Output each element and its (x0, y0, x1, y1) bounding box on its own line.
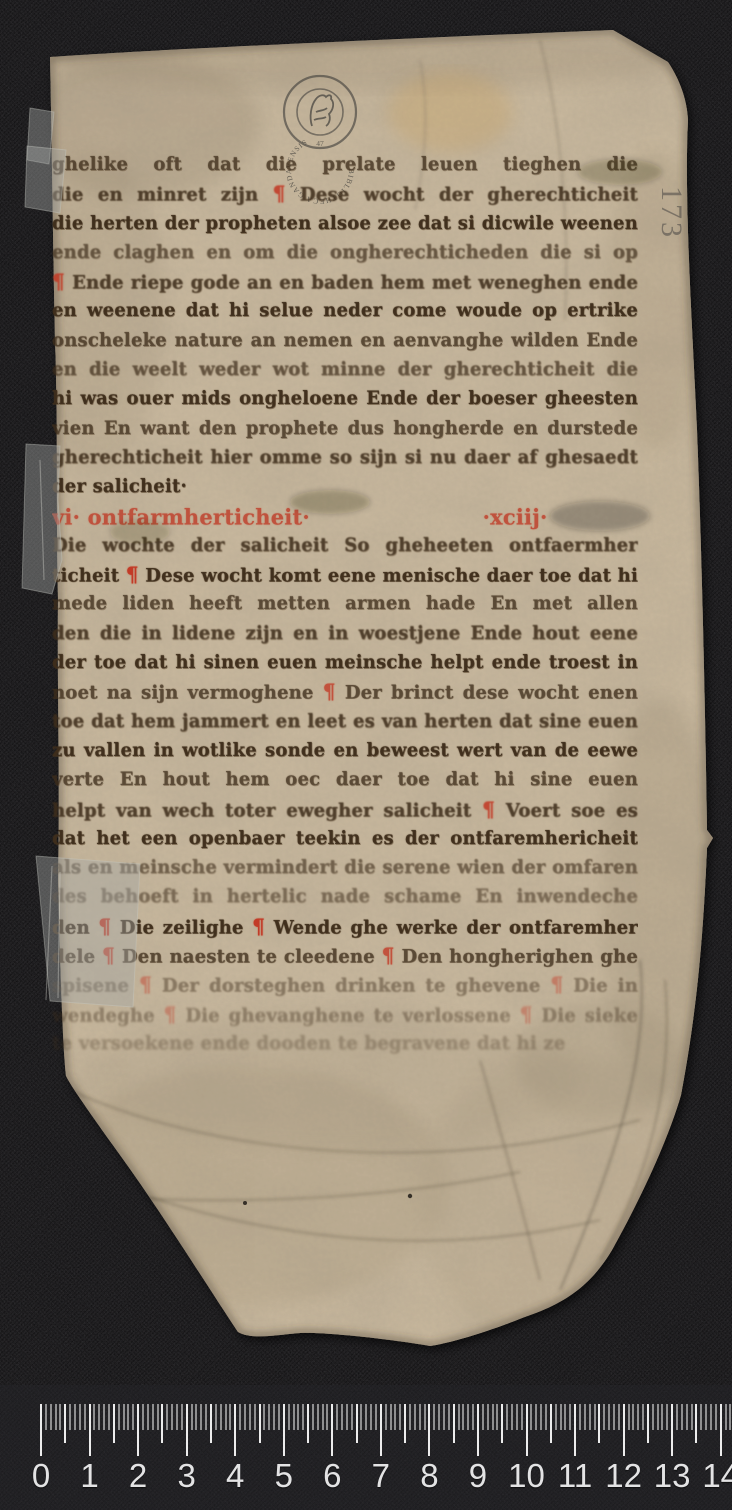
manuscript-line: des behoeft in hertelic nade schame En i… (52, 882, 638, 912)
ruler-number: 9 (469, 1457, 487, 1495)
ruler-tick (98, 1404, 100, 1430)
ruler-tick (375, 1404, 377, 1430)
ruler-tick (448, 1404, 450, 1430)
ruler-tick (380, 1404, 382, 1456)
manuscript-line: en weenene dat hi selue neder come woude… (52, 296, 638, 326)
ruler-tick (584, 1404, 586, 1430)
ruler-tick (297, 1404, 299, 1430)
ruler-number: 12 (605, 1457, 642, 1495)
ruler-tick (637, 1404, 639, 1430)
manuscript-line: spisene ¶ Der dorsteghen drinken te ghev… (52, 970, 638, 1000)
manuscript-line: vien En want den prophete dus hongherde … (52, 413, 638, 443)
ruler-tick (414, 1404, 416, 1430)
ruler-number: 13 (654, 1457, 691, 1495)
ruler-tick (186, 1404, 188, 1456)
ruler-tick (652, 1404, 654, 1430)
ruler-tick (394, 1404, 396, 1430)
ruler-tick (482, 1404, 484, 1430)
ruler-tick (661, 1404, 663, 1430)
ruler-number: 3 (177, 1457, 195, 1495)
ruler-tick (215, 1404, 217, 1430)
pilcrow-mark: ¶ (482, 796, 495, 821)
ruler-tick (594, 1404, 596, 1430)
ruler-number: 7 (372, 1457, 390, 1495)
ruler-tick (191, 1404, 193, 1430)
ruler-tick (526, 1404, 528, 1456)
chapter-heading-line: vi· ontfarmherticheit· ·xciij· (52, 501, 638, 531)
manuscript-line: dele ¶ Den naesten te cleedene ¶ Den hon… (52, 940, 638, 970)
ruler-tick (360, 1404, 362, 1430)
ruler-tick (331, 1404, 333, 1456)
ruler-number: 1 (80, 1457, 98, 1495)
ruler-tick (346, 1404, 348, 1430)
ruler-tick (108, 1404, 110, 1430)
ruler-tick (195, 1404, 197, 1430)
ruler-number: 6 (323, 1457, 341, 1495)
ruler-tick (210, 1404, 212, 1443)
stamp-lion-emblem (311, 95, 334, 126)
ruler-tick (424, 1404, 426, 1430)
manuscript-photo: BIBLIOTHECA GANDAVENSIS 47 173 ghelike o… (0, 0, 732, 1510)
ruler-tick (74, 1404, 76, 1430)
ruler-tick (59, 1404, 61, 1430)
ruler-tick (521, 1404, 523, 1430)
ruler-tick (161, 1404, 163, 1443)
ruler-tick (351, 1404, 353, 1430)
manuscript-line: den ¶ Die zeilighe ¶ Wende ghe werke der… (52, 911, 638, 941)
ruler-tick (666, 1404, 668, 1430)
pilcrow-mark: ¶ (550, 972, 563, 997)
ruler-tick (467, 1404, 469, 1430)
ruler-tick (579, 1404, 581, 1430)
ruler-tick (385, 1404, 387, 1430)
ruler-tick (259, 1404, 261, 1443)
ruler-tick (288, 1404, 290, 1430)
ruler-tick (69, 1404, 71, 1430)
ruler-tick (487, 1404, 489, 1430)
ruler-tick (555, 1404, 557, 1430)
ruler-tick (506, 1404, 508, 1430)
ruler-tick (50, 1404, 52, 1430)
ruler-tick (127, 1404, 129, 1430)
pilcrow-mark: ¶ (382, 943, 395, 968)
ruler-tick (438, 1404, 440, 1430)
ruler-tick (152, 1404, 154, 1430)
ruler-tick (137, 1404, 139, 1456)
ruler-tick (419, 1404, 421, 1430)
manuscript-text-block: ghelike oft dat die prelate leuen tieghe… (52, 150, 638, 1058)
ruler-tick (647, 1404, 649, 1443)
ruler-tick (132, 1404, 134, 1430)
ruler-tick (657, 1404, 659, 1430)
ruler-tick (336, 1404, 338, 1430)
manuscript-line: zu vallen in wotlike sonde en beweest we… (52, 735, 638, 765)
manuscript-line: der toe dat hi sinen euen meinsche helpt… (52, 647, 638, 677)
ruler-tick (710, 1404, 712, 1430)
ruler-tick (589, 1404, 591, 1430)
manuscript-line: helpt van wech toter ewegher salicheit ¶… (52, 794, 638, 824)
ruler-tick (103, 1404, 105, 1430)
ruler-tick (535, 1404, 537, 1430)
ruler-tick (118, 1404, 120, 1430)
ruler-tick (123, 1404, 125, 1430)
manuscript-line: die herten der propheten alsoe zee dat s… (52, 208, 638, 238)
ruler-tick (365, 1404, 367, 1430)
ruler-tick (628, 1404, 630, 1430)
manuscript-line: dat het een openbaer teekin es der ontfa… (52, 823, 638, 853)
ruler-tick (278, 1404, 280, 1430)
ruler-tick (225, 1404, 227, 1430)
manuscript-line: Die wochte der salicheit So gheheeten on… (52, 530, 638, 560)
pilcrow-mark: ¶ (139, 972, 152, 997)
ruler-tick (676, 1404, 678, 1430)
ruler-tick (268, 1404, 270, 1430)
ruler-tick (462, 1404, 464, 1430)
ruler-tick (326, 1404, 328, 1430)
ruler-tick (545, 1404, 547, 1430)
manuscript-line: en die weelt weder wot minne der gherech… (52, 354, 638, 384)
ruler-tick (409, 1404, 411, 1430)
ruler-tick (147, 1404, 149, 1430)
ruler-tick (729, 1404, 731, 1430)
ruler-tick (574, 1404, 576, 1456)
manuscript-line: noet na sijn vermoghene ¶ Der brinct des… (52, 677, 638, 707)
ruler-tick (550, 1404, 552, 1443)
ruler-tick (496, 1404, 498, 1430)
ruler-tick (234, 1404, 236, 1456)
ruler-tick (443, 1404, 445, 1430)
pilcrow-mark: ¶ (323, 679, 336, 704)
ruler-tick (254, 1404, 256, 1430)
ruler-tick (608, 1404, 610, 1430)
ruler-tick (623, 1404, 625, 1456)
ruler-tick (516, 1404, 518, 1430)
ruler-tick (171, 1404, 173, 1430)
manuscript-line: ticheit ¶ Dese wocht komt eene menische … (52, 560, 638, 590)
ruler-tick (715, 1404, 717, 1430)
ruler-tick (176, 1404, 178, 1430)
ruler-tick (458, 1404, 460, 1430)
ruler-tick (700, 1404, 702, 1430)
ruler-tick (273, 1404, 275, 1430)
ruler-tick (89, 1404, 91, 1456)
pilcrow-mark: ¶ (252, 913, 265, 938)
ruler-tick (166, 1404, 168, 1430)
ruler-number: 0 (32, 1457, 50, 1495)
ruler-tick (564, 1404, 566, 1430)
manuscript-line: die en minret zijn ¶ Dese wocht der gher… (52, 179, 638, 209)
stamp-number: 47 (316, 139, 324, 148)
manuscript-line: ¶ Ende riepe gode an en baden hem met we… (52, 267, 638, 297)
ruler-tick (569, 1404, 571, 1430)
ruler-tick (472, 1404, 474, 1430)
ruler-tick (501, 1404, 503, 1443)
ruler-tick (239, 1404, 241, 1430)
pilcrow-mark: ¶ (273, 181, 286, 206)
manuscript-line: den die in lidene zijn en in woestjene E… (52, 618, 638, 648)
ruler-tick (370, 1404, 372, 1430)
ruler-tick (720, 1404, 722, 1456)
ruler-number: 11 (558, 1457, 592, 1495)
ruler-number: 2 (129, 1457, 147, 1495)
ruler-tick (84, 1404, 86, 1430)
ruler-tick (322, 1404, 324, 1430)
ruler-tick (302, 1404, 304, 1430)
manuscript-line: toe dat hem jammert en leet es van herte… (52, 706, 638, 736)
pilcrow-mark: ¶ (164, 1001, 177, 1026)
manuscript-line: der salicheit· (52, 472, 638, 502)
ruler-tick (244, 1404, 246, 1430)
ruler-tick (356, 1404, 358, 1443)
ruler-tick (45, 1404, 47, 1430)
ruler-number: 8 (420, 1457, 438, 1495)
ruler-tick (540, 1404, 542, 1430)
ruler-tick (283, 1404, 285, 1456)
ruler-tick (695, 1404, 697, 1443)
ruler-tick (205, 1404, 207, 1430)
manuscript-line: ende claghen en om die ongherechticheden… (52, 237, 638, 267)
ruler-tick (642, 1404, 644, 1430)
ruler-tick (64, 1404, 66, 1443)
manuscript-line: te versoekene ende dooden te begravene d… (52, 1028, 638, 1058)
ruler-tick (681, 1404, 683, 1430)
ruler-tick (399, 1404, 401, 1430)
ruler-tick (55, 1404, 57, 1430)
ruler-tick (113, 1404, 115, 1443)
ruler-tick (433, 1404, 435, 1430)
ruler-tick (142, 1404, 144, 1430)
ruler-tick (404, 1404, 406, 1443)
ruler-tick (390, 1404, 392, 1430)
ruler-tick (307, 1404, 309, 1443)
ruler-tick (686, 1404, 688, 1430)
manuscript-line: gherechticheit hier omme so sijn si nu d… (52, 442, 638, 472)
pilcrow-mark: ¶ (102, 943, 115, 968)
shelfmark-number: 173 (655, 186, 688, 240)
pilcrow-mark: ¶ (126, 562, 139, 587)
ruler-tick (79, 1404, 81, 1430)
ruler-tick (341, 1404, 343, 1430)
ruler-tick (312, 1404, 314, 1430)
ruler-tick (511, 1404, 513, 1430)
ruler-tick (691, 1404, 693, 1430)
manuscript-line: hi was ouer mids ongheloene Ende der boe… (52, 384, 638, 414)
ruler-tick (263, 1404, 265, 1430)
ruler-tick (613, 1404, 615, 1430)
ruler-tick (200, 1404, 202, 1430)
ruler-tick (249, 1404, 251, 1430)
centimetre-ruler: 01234567891011121314 (0, 1385, 732, 1510)
ruler-number: 5 (275, 1457, 293, 1495)
pilcrow-mark: ¶ (52, 269, 65, 294)
ruler-tick (671, 1404, 673, 1456)
ruler-tick (229, 1404, 231, 1430)
pilcrow-mark: ¶ (98, 913, 111, 938)
ruler-tick (157, 1404, 159, 1430)
ruler-tick (530, 1404, 532, 1430)
ruler-tick (428, 1404, 430, 1456)
ruler-tick (477, 1404, 479, 1456)
ruler-tick (317, 1404, 319, 1430)
ruler-tick (618, 1404, 620, 1430)
manuscript-line: als en meinsche vermindert die serene wi… (52, 853, 638, 883)
ruler-tick (40, 1404, 42, 1456)
ruler-tick (492, 1404, 494, 1430)
ruler-tick (705, 1404, 707, 1430)
ruler-tick (293, 1404, 295, 1430)
ruler-number: 4 (226, 1457, 244, 1495)
manuscript-line: wendeghe ¶ Die ghevanghene te verlossene… (52, 999, 638, 1029)
pilcrow-mark: ¶ (520, 1001, 533, 1026)
manuscript-line: mede liden heeft metten armen hade En me… (52, 589, 638, 619)
manuscript-line: ghelike oft dat die prelate leuen tieghe… (52, 149, 638, 179)
ruler-tick (93, 1404, 95, 1430)
ruler-tick (220, 1404, 222, 1430)
ruler-tick (725, 1404, 727, 1430)
ruler-tick (632, 1404, 634, 1430)
ruler-tick (598, 1404, 600, 1443)
ruler-tick (453, 1404, 455, 1443)
ruler-number: 10 (508, 1457, 545, 1495)
ruler-tick (181, 1404, 183, 1430)
manuscript-line: verte En hout hem oec daer toe dat hi si… (52, 765, 638, 795)
ruler-number: 14 (702, 1457, 732, 1495)
manuscript-line: onscheleke nature an nemen en aenvanghe … (52, 325, 638, 355)
ruler-tick (560, 1404, 562, 1430)
ruler-tick (603, 1404, 605, 1430)
